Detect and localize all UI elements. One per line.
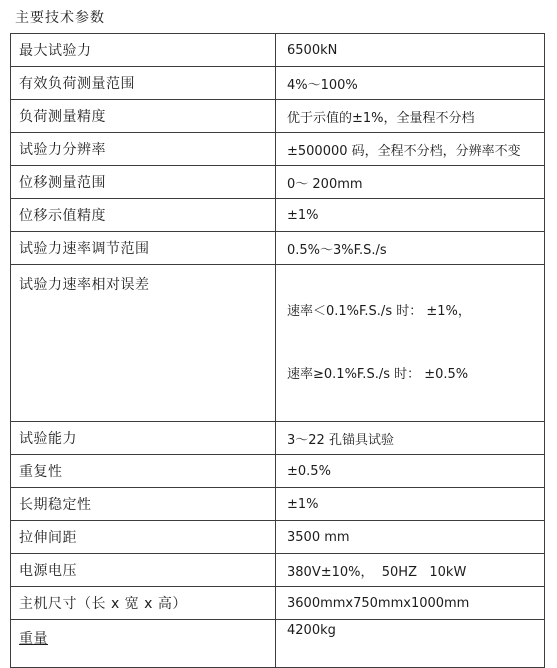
value-cell: ±0.5% [276,455,545,488]
param-cell: 位移测量范围 [11,166,276,199]
value-cell: 速率＜0.1%F.S./s 时： ±1%， 速率≥0.1%F.S./s 时： ±… [276,265,545,422]
value-cell: 380V±10%， 50HZ 10kW [276,554,545,587]
value-cell: 4%～100% [276,67,545,100]
spec-table: 最大试验力 6500kN 有效负荷测量范围 4%～100% 负荷测量精度 优于示… [10,33,545,668]
value-cell: 优于示值的±1%，全量程不分档 [276,100,545,133]
table-row: 位移示值精度 ±1% [11,199,545,232]
table-row: 负荷测量精度 优于示值的±1%，全量程不分档 [11,100,545,133]
value-cell: ±1% [276,488,545,521]
table-row: 长期稳定性 ±1% [11,488,545,521]
param-cell: 位移示值精度 [11,199,276,232]
table-row: 最大试验力 6500kN [11,34,545,67]
param-cell: 有效负荷测量范围 [11,67,276,100]
param-cell: 拉伸间距 [11,521,276,554]
table-row: 重量 4200kg [11,620,545,668]
table-row: 位移测量范围 0～ 200mm [11,166,545,199]
table-row: 拉伸间距 3500 mm [11,521,545,554]
param-cell: 重量 [11,620,276,668]
param-cell: 电源电压 [11,554,276,587]
param-cell: 重复性 [11,455,276,488]
table-row: 主机尺寸（长 x 宽 x 高） 3600mmx750mmx1000mm [11,587,545,620]
value-cell: ±500000 码，全程不分档，分辨率不变 [276,133,545,166]
value-cell: ±1% [276,199,545,232]
value-cell: 0～ 200mm [276,166,545,199]
value-cell: 0.5%～3%F.S./s [276,232,545,265]
param-cell: 最大试验力 [11,34,276,67]
param-cell: 试验能力 [11,422,276,455]
value-cell: 3600mmx750mmx1000mm [276,587,545,620]
param-cell: 试验力分辨率 [11,133,276,166]
value-cell: 3～22 孔锚具试验 [276,422,545,455]
table-row: 电源电压 380V±10%， 50HZ 10kW [11,554,545,587]
param-cell: 负荷测量精度 [11,100,276,133]
table-row: 试验力分辨率 ±500000 码，全程不分档，分辨率不变 [11,133,545,166]
param-cell: 主机尺寸（长 x 宽 x 高） [11,587,276,620]
table-row: 试验力速率调节范围 0.5%～3%F.S./s [11,232,545,265]
value-cell: 6500kN [276,34,545,67]
value-cell: 3500 mm [276,521,545,554]
table-row: 有效负荷测量范围 4%～100% [11,67,545,100]
param-cell: 试验力速率调节范围 [11,232,276,265]
page-title: 主要技术参数 [15,7,105,27]
value-line-2: 速率≥0.1%F.S./s 时： ±0.5% [287,358,544,391]
param-cell: 长期稳定性 [11,488,276,521]
value-line-1: 速率＜0.1%F.S./s 时： ±1%， [287,295,544,328]
param-cell: 试验力速率相对误差 [11,265,276,422]
table-row: 试验力速率相对误差 速率＜0.1%F.S./s 时： ±1%， 速率≥0.1%F… [11,265,545,422]
value-cell: 4200kg [276,620,545,668]
table-row: 试验能力 3～22 孔锚具试验 [11,422,545,455]
table-row: 重复性 ±0.5% [11,455,545,488]
